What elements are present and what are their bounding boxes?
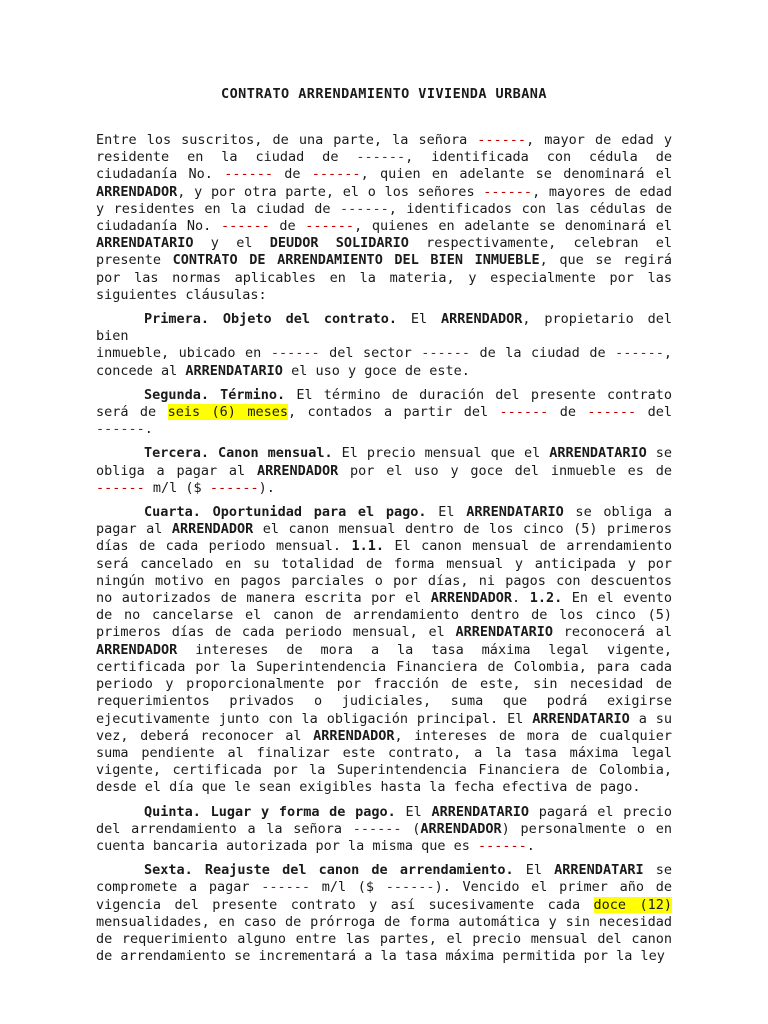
bold-text-segment: ARRENDATARIO [96,235,194,251]
text-line: pagar al ARRENDADOR el canon mensual den… [96,521,672,538]
bold-text-segment: 1.1. [351,538,384,554]
bold-text-segment: Tercera. Canon mensual. [144,445,333,461]
blank-placeholder-dashes: ------ [356,149,405,165]
text-segment: no autorizados de manera escrita por el [96,590,431,606]
blank-placeholder-dashes: ------ [210,480,259,496]
bold-text-segment: ARRENDATARI [554,862,643,878]
text-segment: , [664,345,672,361]
text-segment: En el evento [562,590,672,606]
text-segment: ningún motivo en pagos parciales o por d… [96,573,672,589]
bold-text-segment: ARRENDADOR [431,590,512,606]
bold-text-segment: ARRENDADOR [96,184,177,200]
text-segment: se [647,445,672,461]
blank-placeholder-dashes: ------ [386,879,435,895]
text-segment: siguientes cláusulas: [96,287,267,303]
text-line: vigente, certificada por la Superintende… [96,762,672,779]
text-segment: por el uso y goce del inmueble es de [338,463,672,479]
document-body: Entre los suscritos, de una parte, la se… [96,132,672,972]
text-segment: y residentes en la ciudad de [96,201,340,217]
text-segment: ejecutivamente junto con la obligación p… [96,711,532,727]
blank-placeholder-dashes: ------ [587,404,636,420]
text-segment: días de cada periodo mensual. [96,538,351,554]
text-line: ningún motivo en pagos parciales o por d… [96,573,672,590]
text-line: certificada por la Superintendencia Fina… [96,659,672,676]
text-segment: primeros días de cada periodo mensual, e… [96,624,455,640]
blank-placeholder-dashes: ------ [340,201,389,217]
text-line: días de cada periodo mensual. 1.1. El ca… [96,538,672,555]
text-line: mensualidades, en caso de prórroga de fo… [96,914,672,931]
text-line: vez, deberá reconocer al ARRENDADOR, int… [96,728,672,745]
bold-text-segment: ARRENDADOR [172,521,253,537]
text-segment: . [527,838,535,854]
bold-text-segment: ARRENDATARIO [532,711,630,727]
text-segment: se [644,862,672,878]
text-line: Quinta. Lugar y forma de pago. El ARREND… [96,804,672,821]
text-segment: , quien en adelante se denominará el [361,166,672,182]
text-segment: inmueble, ubicado en [96,345,271,361]
text-segment: , identificada con cédula de [405,149,672,165]
text-segment: , intereses de mora de cualquier [394,728,672,744]
text-segment: certificada por la Superintendencia Fina… [96,659,672,675]
text-segment: ). [259,480,275,496]
text-segment: El término de duración del presente cont… [285,387,672,403]
text-segment: intereses de mora a la tasa máxima legal… [177,642,672,658]
text-segment: de arrendamiento se incrementará a la ta… [96,948,665,964]
paragraph: Quinta. Lugar y forma de pago. El ARREND… [96,804,672,856]
bold-text-segment: ARRENDADOR [313,728,394,744]
text-segment: , mayor de edad y [526,132,672,148]
text-segment: cuenta bancaria autorizada por la misma … [96,838,478,854]
text-segment: El [427,504,467,520]
text-line: Tercera. Canon mensual. El precio mensua… [96,445,672,462]
text-line: requerimientos privados o judiciales, su… [96,693,672,710]
text-line: siguientes cláusulas: [96,287,672,304]
blank-placeholder-dashes: ------ [483,184,532,200]
text-line: periodo y proporcionalmente por fracción… [96,676,672,693]
text-segment: ) personalmente o en [502,821,672,837]
text-segment: será de [96,404,168,420]
text-line: ejecutivamente junto con la obligación p… [96,711,672,728]
text-segment: El canon mensual de arrendamiento [384,538,672,554]
text-line: de requerimiento alguno entre las partes… [96,931,672,948]
bold-text-segment: Primera. Objeto del contrato. [144,311,397,327]
document-title: CONTRATO ARRENDAMIENTO VIVIENDA URBANA [96,86,672,102]
text-segment: vez, deberá reconocer al [96,728,313,744]
blank-placeholder-dashes: ------ [477,132,526,148]
blank-placeholder-dashes: ------ [261,879,310,895]
text-line: ciudadanía No. ------ de ------, quienes… [96,218,672,235]
text-segment: presente [96,252,173,268]
text-line: cuenta bancaria autorizada por la misma … [96,838,672,855]
text-segment: m/l ($ [310,879,386,895]
bold-text-segment: DEUDOR SOLIDARIO [270,235,409,251]
text-segment: se obliga a [564,504,672,520]
text-line: vigencia del presente contrato y así suc… [96,897,672,914]
text-segment: mensualidades, en caso de prórroga de fo… [96,914,672,930]
bold-text-segment: ARRENDATARIO [549,445,647,461]
text-segment: ciudadanía No. [96,166,224,182]
blank-placeholder-dashes: ------ [271,345,320,361]
text-segment: será cancelado en su totalidad de forma … [96,556,672,572]
text-segment: , identificados con las cédulas de [389,201,672,217]
text-line: presente CONTRATO DE ARRENDAMIENTO DEL B… [96,252,672,269]
highlighted-text: seis (6) meses [168,404,288,420]
text-segment: concede al [96,363,185,379]
text-line: ARRENDADOR, y por otra parte, el o los s… [96,184,672,201]
text-line: por las normas aplicables en la materia,… [96,270,672,287]
text-segment: vigencia del presente contrato y así suc… [96,897,594,913]
text-segment: el canon mensual dentro de los cinco (5)… [253,521,672,537]
blank-placeholder-dashes: ------ [353,821,402,837]
text-segment: ciudadanía No. [96,218,221,234]
blank-placeholder-dashes: ------ [312,166,361,182]
text-line: obliga a pagar al ARRENDADOR por el uso … [96,463,672,480]
text-segment: El [514,862,555,878]
text-segment: de [270,218,306,234]
text-line: residente en la ciudad de ------, identi… [96,149,672,166]
paragraph: Entre los suscritos, de una parte, la se… [96,132,672,304]
blank-placeholder-dashes: ------ [221,218,270,234]
bold-text-segment: ARRENDATARIO [466,504,564,520]
text-segment: periodo y proporcionalmente por fracción… [96,676,672,692]
text-segment: obliga a pagar al [96,463,257,479]
text-segment: suma pendiente al finalizar este contrat… [96,745,672,761]
blank-placeholder-dashes: ------ [96,421,145,437]
text-line: no autorizados de manera escrita por el … [96,590,672,607]
blank-placeholder-dashes: ------ [305,218,354,234]
text-segment: m/l ($ [145,480,210,496]
text-segment: ( [402,821,421,837]
bold-text-segment: CONTRATO DE ARRENDAMIENTO DEL BIEN INMUE… [173,252,540,268]
bold-text-segment: ARRENDADOR [257,463,338,479]
text-segment: a su [630,711,672,727]
text-segment: de [273,166,312,182]
text-segment: , mayores de edad [532,184,672,200]
text-line: ARRENDADOR intereses de mora a la tasa m… [96,642,672,659]
text-segment: , y por otra parte, el o los señores [177,184,483,200]
text-segment: ). Vencido el primer año de [435,879,672,895]
text-line: del arrendamiento a la señora ------ (AR… [96,821,672,838]
highlighted-text: doce (12) [594,897,672,913]
bold-text-segment: ARRENDADOR [420,821,501,837]
bold-text-segment: ARRENDADOR [96,642,177,658]
text-segment: requerimientos privados o judiciales, su… [96,693,672,709]
text-segment: por las normas aplicables en la materia,… [96,270,672,286]
bold-text-segment: ARRENDATARIO [455,624,553,640]
bold-text-segment: ARRENDADOR [441,311,522,327]
text-segment: , quienes en adelante se denominará el [354,218,672,234]
text-line: de no cancelarse el canon de arrendamien… [96,607,672,624]
bold-text-segment: ARRENDATARIO [185,363,283,379]
paragraph: Segunda. Término. El término de duración… [96,387,672,439]
text-line: concede al ARRENDATARIO el uso y goce de… [96,363,672,380]
text-segment: , que se regirá [540,252,672,268]
text-segment: del [636,404,672,420]
text-segment: . [512,590,530,606]
text-segment: Entre los suscritos, de una parte, la se… [96,132,477,148]
text-line: suma pendiente al finalizar este contrat… [96,745,672,762]
text-line: ciudadanía No. ------ de ------, quien e… [96,166,672,183]
bold-text-segment: 1.2. [530,590,563,606]
text-line: Sexta. Reajuste del canon de arrendamien… [96,862,672,879]
bold-text-segment: Segunda. Término. [144,387,285,403]
text-segment: del arrendamiento a la señora [96,821,353,837]
paragraph: Sexta. Reajuste del canon de arrendamien… [96,862,672,965]
text-segment: . [145,421,153,437]
text-line: primeros días de cada periodo mensual, e… [96,624,672,641]
text-segment: vigente, certificada por la Superintende… [96,762,672,778]
text-segment: pagará el precio [529,804,672,820]
text-segment: y el [194,235,270,251]
text-segment: del sector [320,345,422,361]
text-segment: respectivamente, celebran el [409,235,672,251]
blank-placeholder-dashes: ------ [421,345,470,361]
text-line: desde el día que le sean exigibles hasta… [96,779,672,796]
text-line: Entre los suscritos, de una parte, la se… [96,132,672,149]
blank-placeholder-dashes: ------ [500,404,549,420]
text-line: ------. [96,421,672,438]
text-line: será de seis (6) meses, contados a parti… [96,404,672,421]
bold-text-segment: ARRENDATARIO [432,804,530,820]
text-segment: , contados a partir del [288,404,500,420]
text-segment: reconocerá al [553,624,672,640]
bold-text-segment: Cuarta. Oportunidad para el pago. [144,504,427,520]
text-line: y residentes en la ciudad de ------, ide… [96,201,672,218]
text-segment: El [396,804,432,820]
text-line: Cuarta. Oportunidad para el pago. El ARR… [96,504,672,521]
text-segment: El [397,311,441,327]
text-line: de arrendamiento se incrementará a la ta… [96,948,672,965]
text-segment: pagar al [96,521,172,537]
paragraph: Cuarta. Oportunidad para el pago. El ARR… [96,504,672,796]
text-segment: de no cancelarse el canon de arrendamien… [96,607,672,623]
paragraph: Tercera. Canon mensual. El precio mensua… [96,445,672,497]
blank-placeholder-dashes: ------ [478,838,527,854]
text-segment: de [548,404,587,420]
text-line: será cancelado en su totalidad de forma … [96,556,672,573]
text-segment: de la ciudad de [470,345,615,361]
bold-text-segment: Quinta. Lugar y forma de pago. [144,804,396,820]
text-segment: El precio mensual que el [333,445,550,461]
text-segment: compromete a pagar [96,879,261,895]
text-line: inmueble, ubicado en ------ del sector -… [96,345,672,362]
text-line: Segunda. Término. El término de duración… [96,387,672,404]
text-line: ------ m/l ($ ------). [96,480,672,497]
blank-placeholder-dashes: ------ [224,166,273,182]
bold-text-segment: Sexta. Reajuste del canon de arrendamien… [144,862,514,878]
text-segment: de requerimiento alguno entre las partes… [96,931,672,947]
blank-placeholder-dashes: ------ [96,480,145,496]
blank-placeholder-dashes: ------ [615,345,664,361]
text-segment: el uso y goce de este. [283,363,470,379]
text-segment: desde el día que le sean exigibles hasta… [96,779,641,795]
text-segment: residente en la ciudad de [96,149,356,165]
document-page: CONTRATO ARRENDAMIENTO VIVIENDA URBANA E… [0,0,768,1024]
text-line: compromete a pagar ------ m/l ($ ------)… [96,879,672,896]
text-line: ARRENDATARIO y el DEUDOR SOLIDARIO respe… [96,235,672,252]
text-line: Primera. Objeto del contrato. El ARRENDA… [96,311,672,345]
paragraph: Primera. Objeto del contrato. El ARRENDA… [96,311,672,380]
